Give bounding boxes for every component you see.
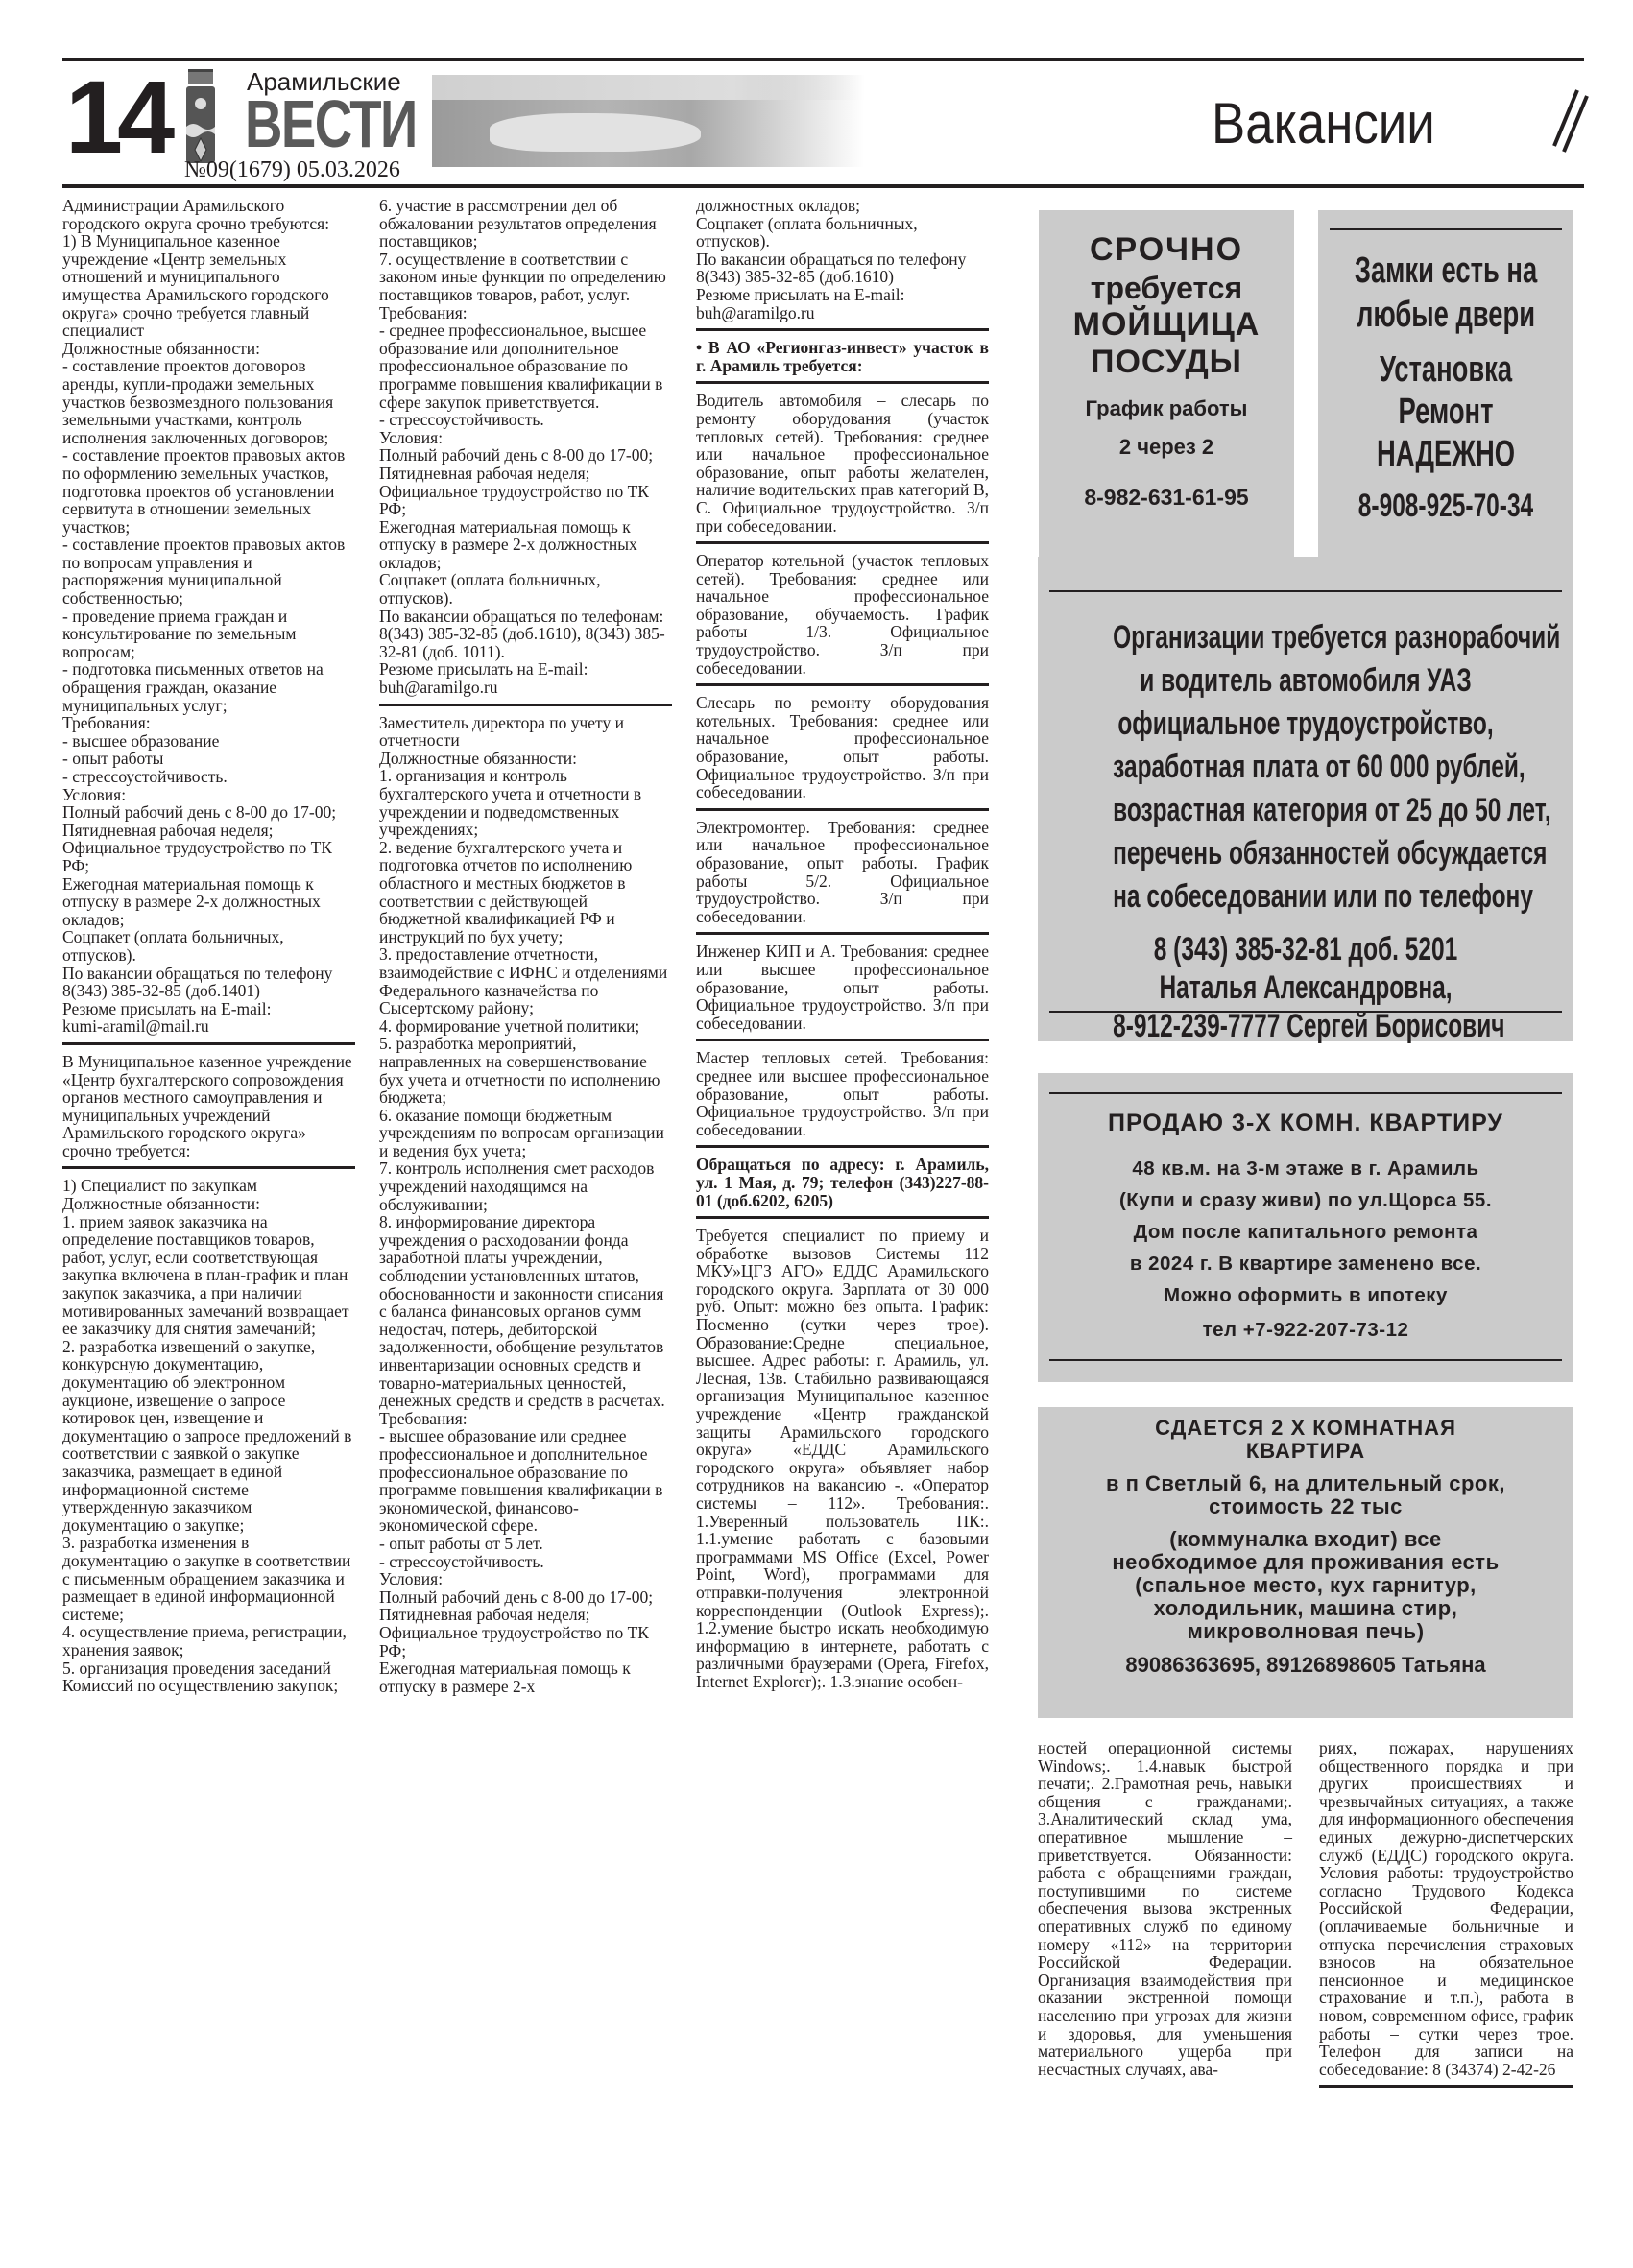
header-landscape-photo <box>432 75 864 167</box>
section-divider <box>1319 2085 1573 2088</box>
ad-sale-line: (Купи и сразу живи) по ул.Щорса 55. <box>1038 1184 1573 1216</box>
ad-rent-location: в п Светлый 6, на длительный срок, <box>1038 1472 1573 1495</box>
ad-dishwasher-position: МОЙЩИЦА <box>1039 306 1294 344</box>
column-4: ностей операционной системы Windows;. 1.… <box>1038 1739 1292 2078</box>
ad-laborer-driver: Организации требуется разнорабочий и вод… <box>1038 557 1573 1041</box>
ad-sale-top-rule <box>1049 1092 1562 1094</box>
ad-rent-line: микроволновая печь) <box>1038 1620 1573 1643</box>
brand-name-main: ВЕСТИ <box>245 90 417 157</box>
vacancy-text: В Муниципальное казенное учреждение «Цен… <box>62 1053 355 1160</box>
column-3: должностных окладов; Соцпакет (оплата бо… <box>696 197 989 1691</box>
ad-laborer-line: Организации требуется разнорабочий <box>1113 616 1499 659</box>
ad-sale-line: Можно оформить в ипотеку <box>1038 1279 1573 1311</box>
section-divider <box>696 541 989 544</box>
ad-dishwasher-phone: 8-982-631-61-95 <box>1039 485 1294 511</box>
vacancy-text: 6. участие в рассмотрении дел об обжалов… <box>379 197 672 697</box>
section-divider <box>62 1042 355 1045</box>
ad-locks-headline-1: Замки есть на <box>1354 249 1538 293</box>
ad-sale-line: Дом после капитального ремонта <box>1038 1216 1573 1248</box>
vacancy-text: Слесарь по ремонту оборудования котельны… <box>696 694 989 801</box>
ad-locks-reliable: НАДЕЖНО <box>1354 433 1538 475</box>
section-divider <box>696 1039 989 1041</box>
vacancy-text: Водитель автомобиля – слесарь по ремонту… <box>696 392 989 535</box>
issue-number-date: №09(1679) 05.03.2026 <box>184 157 400 182</box>
section-divider <box>696 808 989 811</box>
ad-dishwasher-urgent: СРОЧНО <box>1039 231 1294 269</box>
vacancy-text: Мастер тепловых сетей. Требования: средн… <box>696 1049 989 1138</box>
ad-laborer-bottom-rule <box>1049 1011 1562 1013</box>
ad-laborer-contact-2: 8-912-239-7777 Сергей Борисович <box>1113 1007 1499 1045</box>
vacancy-text: Электромонтер. Требования: среднее или н… <box>696 819 989 926</box>
column-5: риях, пожарах, нарушениях общественного … <box>1319 1739 1573 2095</box>
ad-laborer-top-rule <box>1049 590 1562 592</box>
ad-sale-line: в 2024 г. В квартире заменено все. <box>1038 1248 1573 1279</box>
section-divider <box>696 1145 989 1148</box>
ad-rent-title-1: СДАЕТСЯ 2 Х КОМНАТНАЯ <box>1038 1417 1573 1440</box>
ad-laborer-body: Организации требуется разнорабочий и вод… <box>1113 616 1499 1045</box>
ad-rent-line: холодильник, машина стир, <box>1038 1597 1573 1620</box>
ad-rent-line: (коммуналка входит) все <box>1038 1528 1573 1551</box>
section-title: Вакансии <box>1212 90 1435 157</box>
ad-laborer-contact-phone: 8 (343) 385-32-81 доб. 5201 <box>1113 930 1499 968</box>
vacancy-text: Администрации Арамильского городского ок… <box>62 197 355 1036</box>
vacancy-heading: Обращаться по адресу: г. Арамиль, ул. 1 … <box>696 1156 989 1209</box>
photo-sky <box>432 75 864 100</box>
masthead: 14 Арамильские ВЕСТИ №09(1679) 05.03.202… <box>62 61 1584 184</box>
ad-apartment-sale: ПРОДАЮ 3-Х КОМН. КВАРТИРУ 48 кв.м. на 3-… <box>1038 1073 1573 1382</box>
ad-sale-line: 48 кв.м. на 3-м этаже в г. Арамиль <box>1038 1153 1573 1184</box>
ad-locks-service-2: Ремонт <box>1354 391 1538 433</box>
ad-laborer-line: официальное трудоустройство, <box>1113 703 1499 746</box>
ad-locks-service-1: Установка <box>1354 348 1538 391</box>
ad-apartment-rent: СДАЕТСЯ 2 Х КОМНАТНАЯ КВАРТИРА в п Светл… <box>1038 1407 1573 1718</box>
ad-laborer-line: на собеседовании или по телефону <box>1113 875 1499 919</box>
ad-sale-title: ПРОДАЮ 3-Х КОМН. КВАРТИРУ <box>1038 1110 1573 1137</box>
vacancy-heading: • В АО «Регионгаз-инвест» участок в г. А… <box>696 339 989 374</box>
ad-laborer-line: заработная плата от 60 000 рублей, <box>1113 746 1499 789</box>
column-2: 6. участие в рассмотрении дел об обжалов… <box>379 197 672 1695</box>
page-number: 14 <box>65 69 169 165</box>
ad-rent-phone: 89086363695, 89126898605 Татьяна <box>1038 1653 1573 1678</box>
ad-sale-bottom-rule <box>1049 1359 1562 1361</box>
vacancy-text: Инженер КИП и А. Требования: среднее или… <box>696 943 989 1032</box>
ad-locks-top-rule <box>1330 228 1562 230</box>
section-divider <box>696 932 989 935</box>
ad-locks-headline-2: любые двери <box>1354 293 1538 337</box>
ad-rent-title-2: КВАРТИРА <box>1038 1440 1573 1463</box>
section-divider <box>696 683 989 686</box>
ad-dishwasher-position-2: ПОСУДЫ <box>1039 344 1294 381</box>
ad-laborer-line: и водитель автомобиля УАЗ <box>1113 659 1499 703</box>
section-divider <box>696 328 989 331</box>
vacancy-text: риях, пожарах, нарушениях общественного … <box>1319 1739 1573 2078</box>
ad-dishwasher-schedule-label: График работы <box>1039 396 1294 421</box>
ad-rent-price: стоимость 22 тыс <box>1038 1495 1573 1518</box>
ad-dishwasher-schedule: 2 через 2 <box>1039 435 1294 460</box>
photo-lake <box>490 113 701 152</box>
section-divider <box>696 381 989 384</box>
ad-dishwasher-required: требуется <box>1039 271 1294 306</box>
coat-of-arms-icon <box>185 67 216 171</box>
ad-laborer-contact-name: Наталья Александровна, <box>1113 968 1499 1007</box>
ad-dishwasher: СРОЧНО требуется МОЙЩИЦА ПОСУДЫ График р… <box>1039 210 1294 577</box>
section-divider <box>379 704 672 706</box>
section-divider <box>696 1216 989 1219</box>
ad-laborer-line: возрастная категория от 25 до 50 лет, <box>1113 789 1499 832</box>
vacancy-text: 1) Специалист по закупкам Должностные об… <box>62 1177 355 1694</box>
vacancy-text: Заместитель директора по учету и отчетно… <box>379 714 672 1696</box>
ad-locks-phone: 8-908-925-70-34 <box>1354 487 1538 525</box>
ad-rent-line: необходимое для проживания есть <box>1038 1551 1573 1574</box>
section-divider <box>62 1166 355 1169</box>
vacancy-text: Требуется специалист по приему и обработ… <box>696 1227 989 1690</box>
ad-locks: Замки есть на любые двери Установка Ремо… <box>1318 210 1573 577</box>
ad-sale-phone: тел +7-922-207-73-12 <box>1038 1319 1573 1342</box>
double-slash-icon <box>1552 88 1589 154</box>
ad-rent-line: (спальное место, кух гарнитур, <box>1038 1574 1573 1597</box>
vacancy-text: Оператор котельной (участок тепловых сет… <box>696 552 989 677</box>
vacancy-text: должностных окладов; Соцпакет (оплата бо… <box>696 197 989 322</box>
header-bottom-rule <box>62 184 1584 188</box>
vacancy-text: ностей операционной системы Windows;. 1.… <box>1038 1739 1292 2078</box>
ad-laborer-line: перечень обязанностей обсуждается <box>1113 832 1499 875</box>
column-1: Администрации Арамильского городского ок… <box>62 197 355 1695</box>
